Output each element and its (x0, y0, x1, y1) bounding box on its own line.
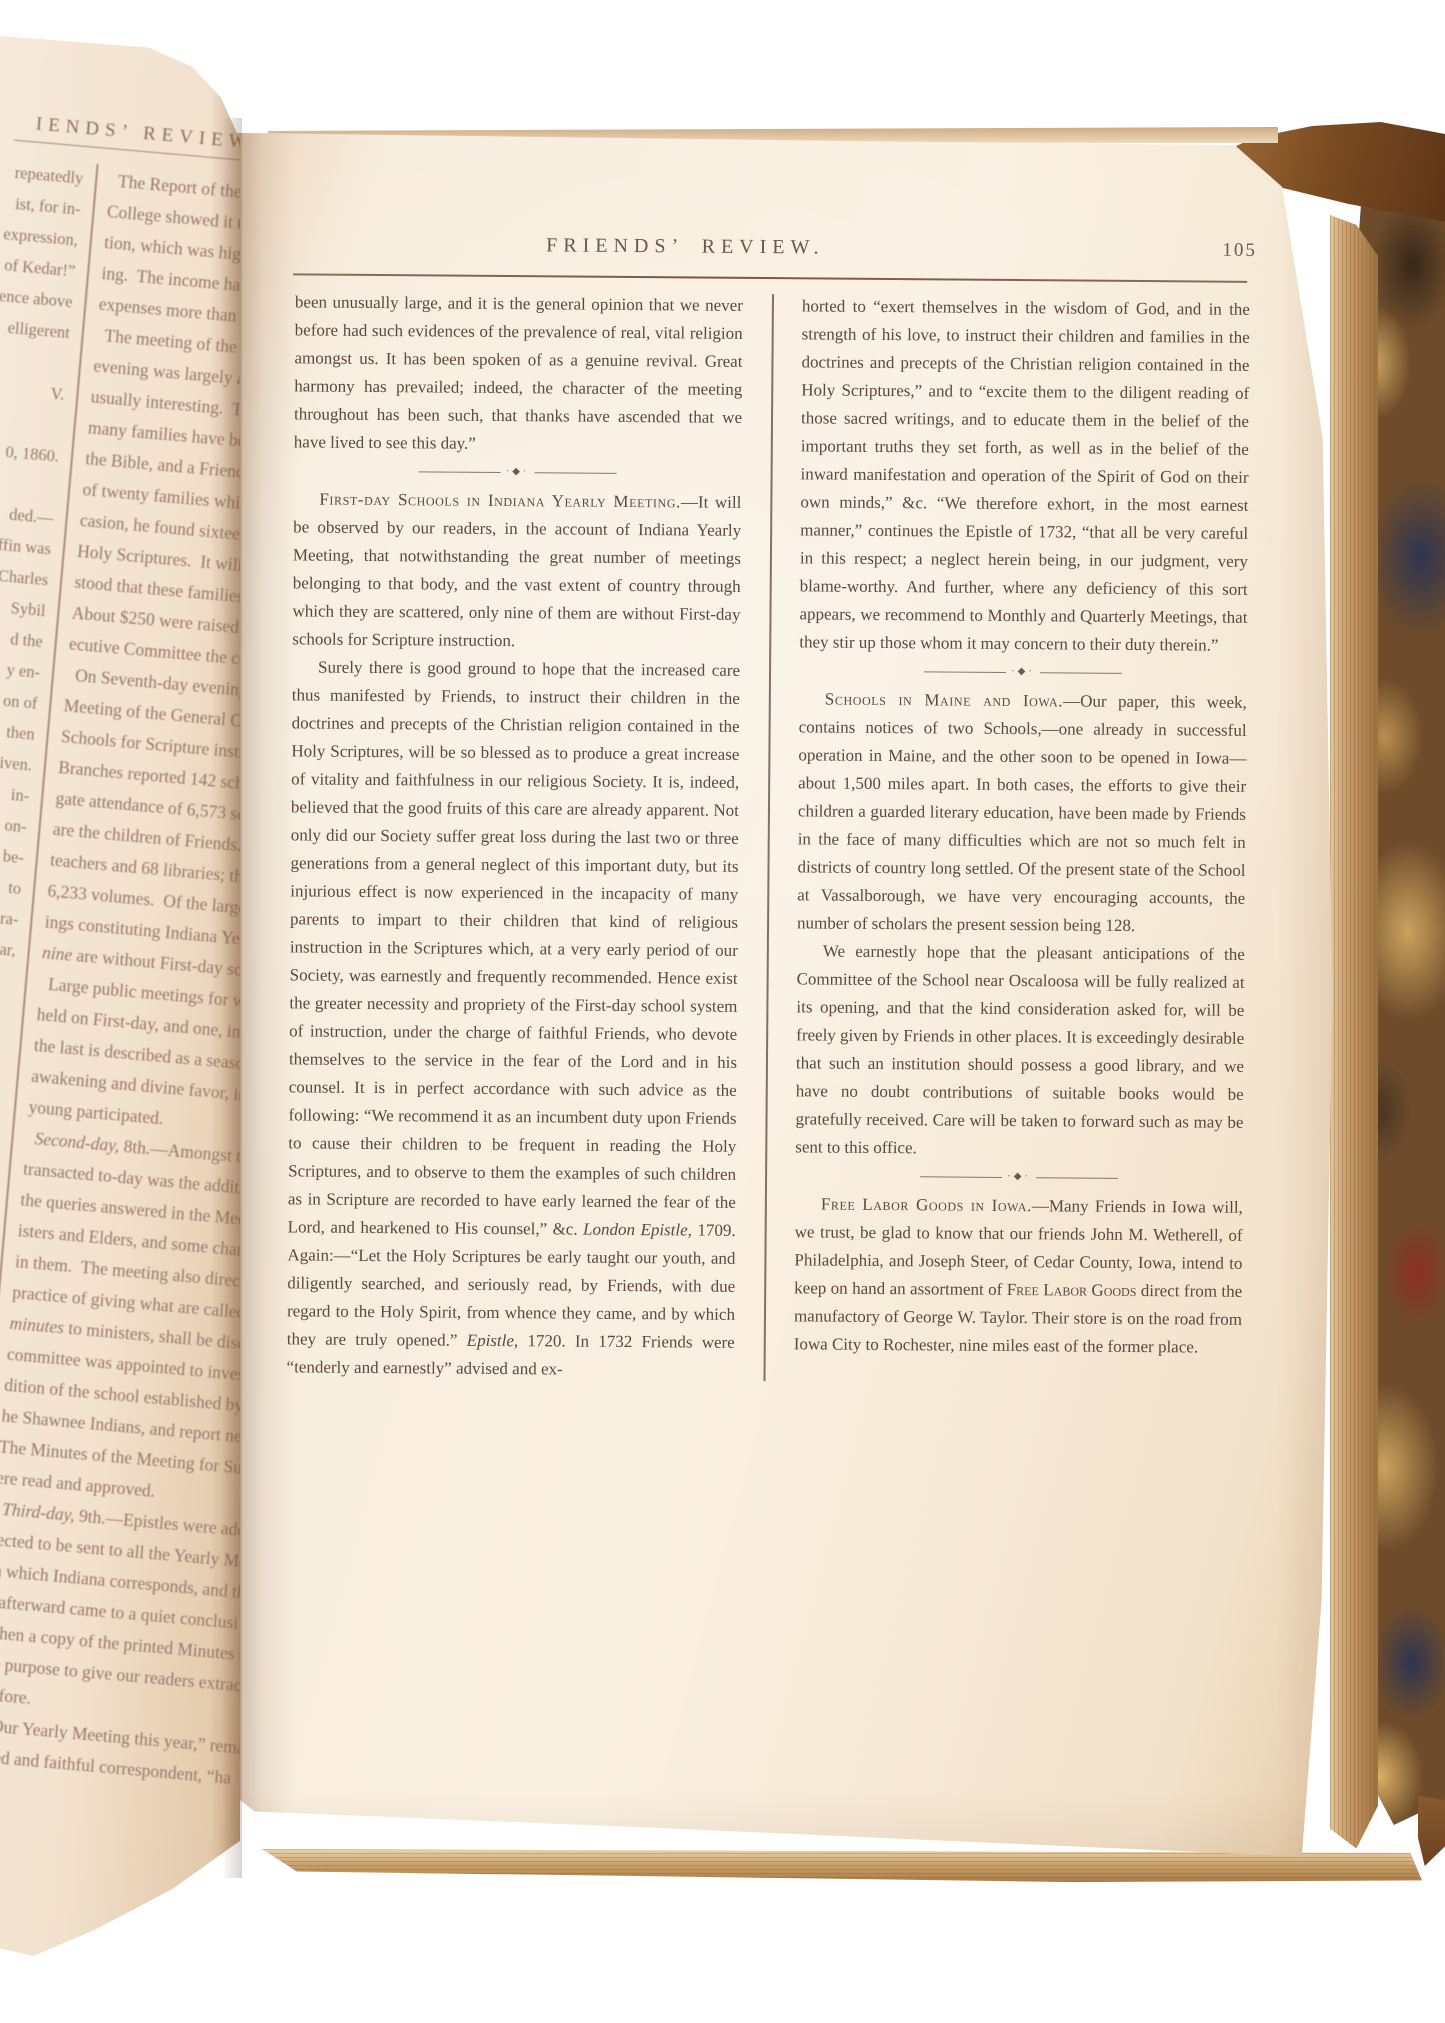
column-divider-rule (763, 294, 774, 1381)
section-divider: ·◆· (419, 466, 616, 478)
page-fore-edge (1330, 215, 1378, 1855)
section-divider: ·◆· (920, 1171, 1117, 1183)
right-page: FRIENDS’ REVIEW. 105 been unusually larg… (237, 126, 1337, 1860)
article-heading: Free Labor Goods in Iowa. (821, 1195, 1032, 1216)
left-page: IENDS’ REVIEW. repeatedlyist, for in-exp… (0, 36, 240, 1956)
page-number: 105 (1222, 240, 1257, 262)
article-heading: Schools in Maine and Iowa. (825, 690, 1063, 711)
left-page-columns: repeatedlyist, for in-expression,of Keda… (0, 125, 240, 1819)
article-paragraph: First-day Schools in Indiana Yearly Meet… (292, 485, 741, 657)
article-paragraph: Free Labor Goods in Iowa.—Many Friends i… (794, 1190, 1243, 1362)
paragraph: We earnestly hope that the pleasant anti… (795, 937, 1245, 1165)
text-columns: been unusually large, and it is the gene… (286, 288, 1252, 1388)
page-title: FRIENDS’ REVIEW. (295, 232, 1075, 261)
right-column: horted to “exert themselves in the wisdo… (793, 292, 1250, 1388)
paragraph: been unusually large, and it is the gene… (294, 288, 743, 460)
left-column: been unusually large, and it is the gene… (286, 288, 743, 1384)
header-rule (293, 273, 1247, 282)
left-page-content: IENDS’ REVIEW. repeatedlyist, for in-exp… (0, 80, 240, 1819)
paragraph: Surely there is good ground to hope that… (286, 653, 740, 1384)
book-photo: IENDS’ REVIEW. repeatedlyist, for in-exp… (0, 0, 1445, 2023)
article-paragraph: Schools in Maine and Iowa.—Our paper, th… (797, 685, 1247, 941)
right-page-content: FRIENDS’ REVIEW. 105 been unusually larg… (237, 126, 1337, 1860)
article-heading: First-day Schools in Indiana Yearly Meet… (319, 490, 681, 512)
section-divider: ·◆· (924, 666, 1121, 678)
paragraph: horted to “exert themselves in the wisdo… (799, 292, 1250, 660)
leather-cover-bottom (1418, 1796, 1445, 1866)
